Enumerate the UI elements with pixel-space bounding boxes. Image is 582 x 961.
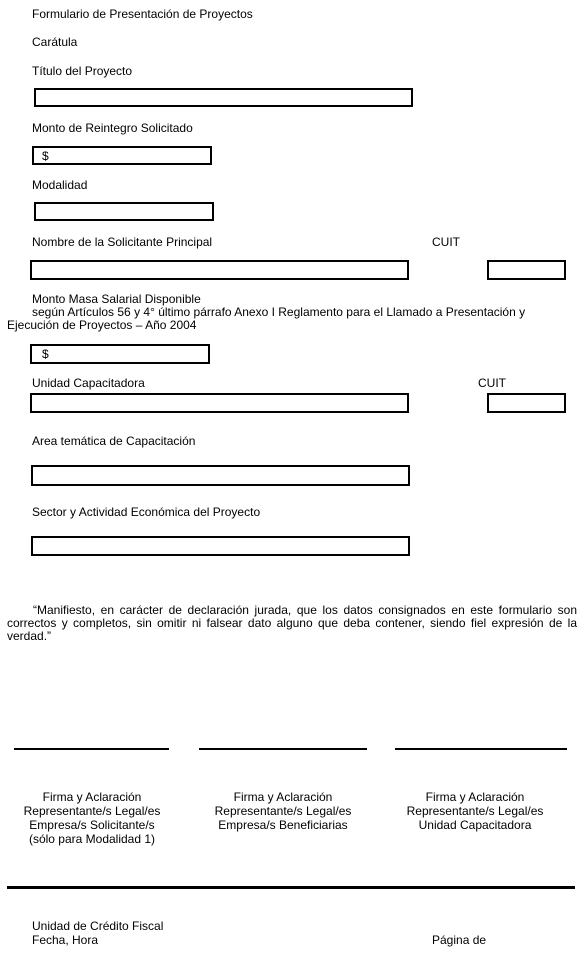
signature-caption-beneficiarias: Firma y Aclaración Representante/s Legal… (198, 790, 368, 832)
unidad-cuit-field[interactable] (487, 393, 566, 413)
area-tematica-field[interactable] (31, 465, 410, 486)
unidad-cuit-label: CUIT (478, 376, 506, 390)
signature-caption-capacitadora: Firma y Aclaración Representante/s Legal… (390, 790, 560, 832)
solicitante-field[interactable] (30, 260, 409, 280)
sig-line: Empresa/s Solicitante/s (7, 818, 177, 832)
signature-caption-solicitante: Firma y Aclaración Representante/s Legal… (7, 790, 177, 846)
section-heading: Carátula (32, 35, 77, 49)
footer-divider (7, 886, 575, 889)
modalidad-label: Modalidad (32, 178, 87, 192)
solicitante-cuit-field[interactable] (487, 260, 566, 280)
sig-line: Representante/s Legal/es (7, 804, 177, 818)
currency-symbol: $ (42, 347, 49, 361)
titulo-label: Título del Proyecto (32, 64, 132, 78)
footer-datetime: Fecha, Hora (32, 933, 98, 947)
signature-line-solicitante (14, 748, 169, 750)
sector-label: Sector y Actividad Económica del Proyect… (32, 505, 260, 519)
footer-page-number: Página de (432, 933, 486, 947)
footer-office: Unidad de Crédito Fiscal (32, 919, 163, 933)
signature-line-capacitadora (395, 748, 567, 750)
masa-salarial-field[interactable]: $ (30, 344, 210, 364)
unidad-capacitadora-label: Unidad Capacitadora (32, 376, 145, 390)
form-title: Formulario de Presentación de Proyectos (32, 7, 253, 21)
sig-line: Firma y Aclaración (198, 790, 368, 804)
sig-line: Empresa/s Beneficiarias (198, 818, 368, 832)
sig-line: Representante/s Legal/es (198, 804, 368, 818)
sig-line: (sólo para Modalidad 1) (7, 832, 177, 846)
masa-salarial-note-cont: Ejecución de Proyectos – Año 2004 (7, 318, 196, 332)
sig-line: Representante/s Legal/es (390, 804, 560, 818)
titulo-field[interactable] (34, 88, 413, 107)
monto-reintegro-label: Monto de Reintegro Solicitado (32, 121, 193, 135)
modalidad-field[interactable] (34, 202, 214, 221)
sector-field[interactable] (31, 536, 410, 556)
sig-line: Firma y Aclaración (390, 790, 560, 804)
declaration-text: “Manifiesto, en carácter de declaración … (7, 604, 577, 643)
unidad-capacitadora-field[interactable] (30, 393, 409, 413)
solicitante-label: Nombre de la Solicitante Principal (32, 235, 212, 249)
sig-line: Unidad Capacitadora (390, 818, 560, 832)
masa-salarial-label: Monto Masa Salarial Disponible (32, 292, 201, 306)
area-tematica-label: Area temática de Capacitación (32, 434, 195, 448)
sig-line: Firma y Aclaración (7, 790, 177, 804)
monto-reintegro-field[interactable]: $ (32, 146, 212, 165)
masa-salarial-note: según Artículos 56 y 4° último párrafo A… (32, 305, 577, 319)
signature-line-beneficiarias (199, 748, 367, 750)
currency-symbol: $ (42, 149, 49, 163)
solicitante-cuit-label: CUIT (432, 235, 460, 249)
